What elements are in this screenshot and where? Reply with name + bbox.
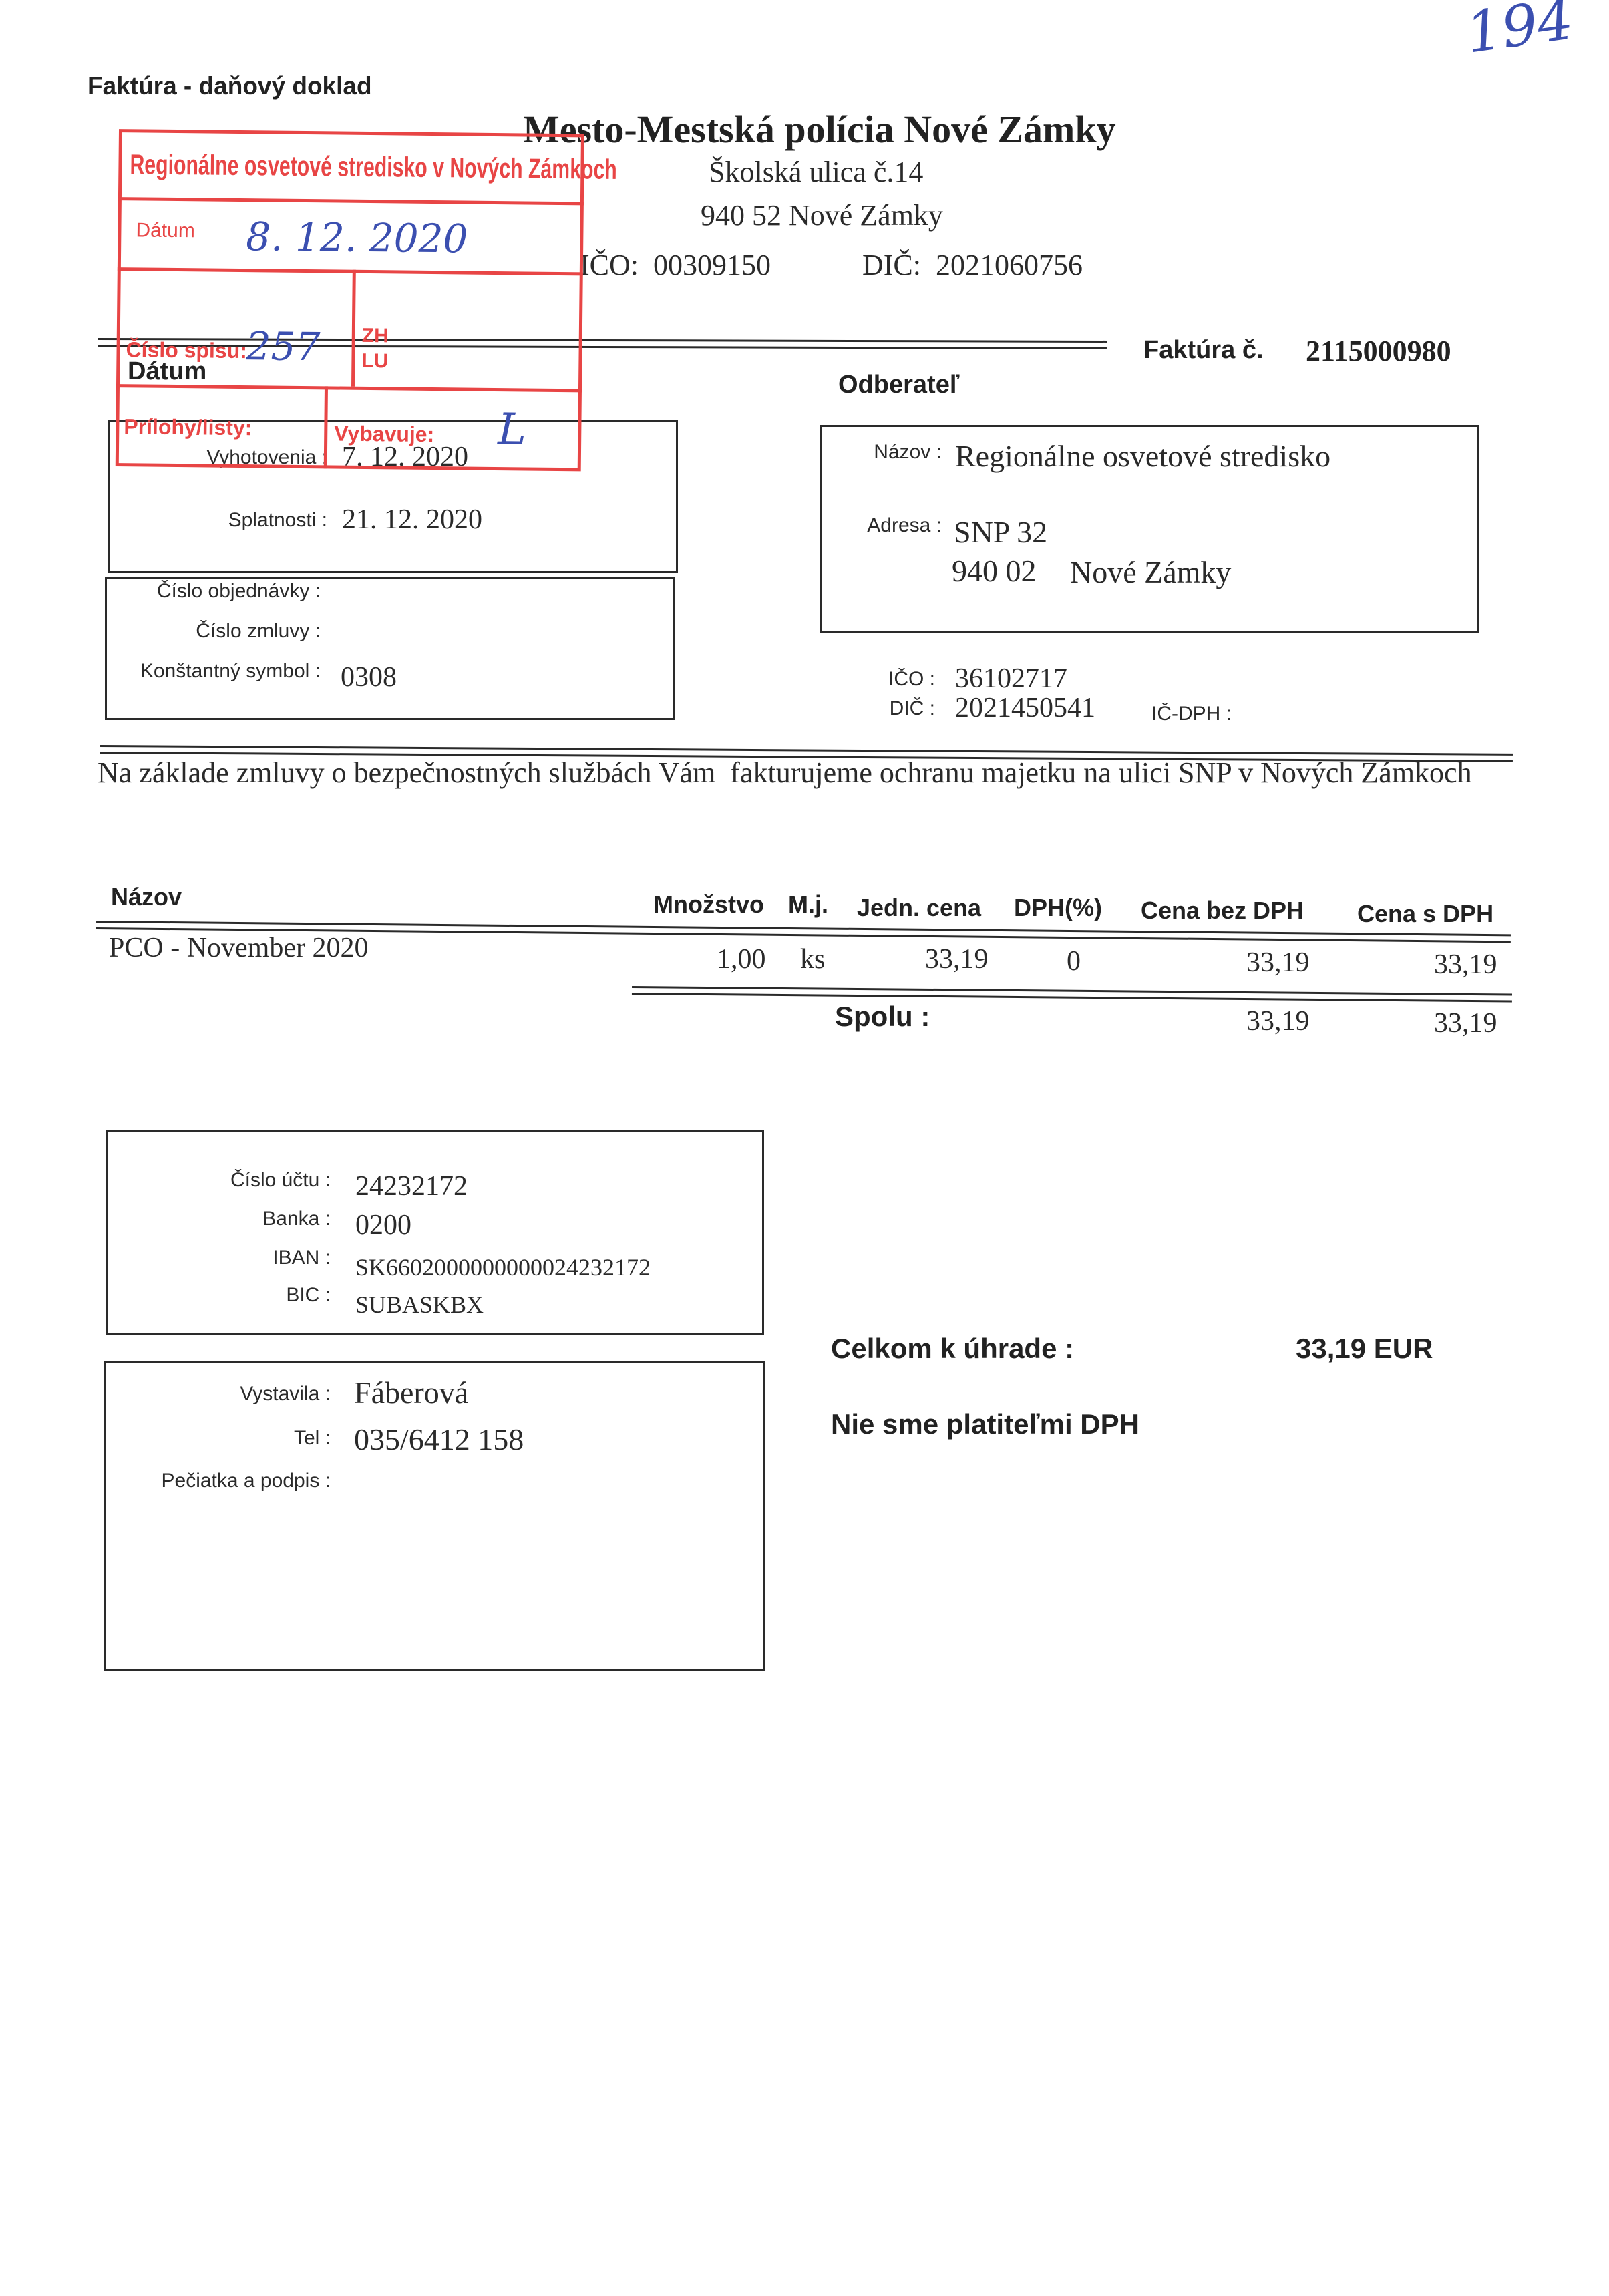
iban: SK6602000000000024232172 (355, 1253, 651, 1281)
customer-city: Nové Zámky (1070, 554, 1231, 590)
customer-dic: 2021450541 (955, 692, 1095, 724)
contract-number-label: Číslo zmluvy : (107, 620, 321, 643)
stamp-handled-label: Vybavuje: (334, 421, 434, 447)
supplier-street: Školská ulica č.14 (709, 155, 923, 189)
handwritten-page-number: 194 (1462, 0, 1577, 66)
col-header-net: Cena bez DPH (1141, 896, 1304, 925)
item-net: 33,19 (1246, 947, 1310, 979)
account-number: 24232172 (355, 1170, 468, 1202)
supplier-city: 940 52 Nové Zámky (701, 198, 943, 232)
bank-code: 0200 (355, 1209, 411, 1241)
col-header-name: Názov (111, 883, 182, 911)
customer-zip: 940 02 (952, 553, 1037, 589)
issued-by: Fáberová (354, 1375, 468, 1410)
issued-by-label: Vystavila : (134, 1383, 331, 1406)
customer-street: SNP 32 (954, 514, 1047, 550)
item-unit-price: 33,19 (925, 943, 989, 975)
stamp-file-handwritten: 257 (246, 323, 320, 369)
bic: SUBASKBX (355, 1291, 484, 1319)
total-net: 33,19 (1246, 1005, 1310, 1037)
stamp-date-handwritten: 8. 12. 2020 (246, 214, 468, 261)
account-number-label: Číslo účtu : (134, 1169, 331, 1192)
iban-label: IBAN : (134, 1247, 331, 1269)
constant-symbol: 0308 (341, 661, 397, 693)
stamp-attachments-label: Prílohy/listy: (124, 414, 252, 440)
col-header-unit-price: Jedn. cena (857, 894, 981, 922)
tel-label: Tel : (134, 1427, 331, 1450)
item-name: PCO - November 2020 (109, 932, 368, 964)
supplier-name: Mesto-Mestská polícia Nové Zámky (523, 107, 1116, 152)
total-due: 33,19 EUR (1296, 1333, 1433, 1365)
stamp-title: Regionálne osvetové stredisko v Nových Z… (130, 148, 617, 186)
due-date: 21. 12. 2020 (342, 504, 482, 536)
due-date-label: Splatnosti : (134, 509, 327, 532)
bic-label: BIC : (134, 1284, 331, 1307)
item-quantity: 1,00 (717, 943, 766, 975)
tel: 035/6412 158 (354, 1422, 524, 1457)
vat-note: Nie sme platiteľmi DPH (831, 1408, 1139, 1440)
customer-ico-label: IČO : (868, 668, 935, 691)
col-header-unit: M.j. (788, 890, 828, 919)
total-due-label: Celkom k úhrade : (831, 1333, 1074, 1365)
invoice-number-label: Faktúra č. (1143, 336, 1264, 365)
stamp-handled-handwritten: L (498, 405, 526, 454)
col-header-vat: DPH(%) (1014, 894, 1102, 922)
bank-code-label: Banka : (134, 1208, 331, 1231)
customer-heading: Odberateľ (838, 371, 959, 399)
stamp-code-lu: LU (361, 350, 388, 373)
document-type-title: Faktúra - daňový doklad (87, 72, 372, 100)
invoice-description: Na základe zmluvy o bezpečnostných služb… (98, 754, 1500, 792)
col-header-quantity: Množstvo (653, 890, 764, 919)
supplier-ico-value: 00309150 (653, 249, 771, 281)
supplier-ico-label: IČO: (580, 249, 639, 281)
customer-name-label: Názov : (835, 441, 942, 464)
supplier-dic: DIČ: 2021060756 (862, 248, 1083, 282)
constant-symbol-label: Konštantný symbol : (107, 660, 321, 683)
order-number-label: Číslo objednávky : (107, 580, 321, 603)
stamp-file-label: Číslo spisu: (126, 337, 247, 363)
customer-address-label: Adresa : (835, 514, 942, 537)
item-vat: 0 (1067, 945, 1081, 977)
supplier-dic-label: DIČ: (862, 249, 921, 281)
total-label: Spolu : (835, 1001, 930, 1033)
stamp-sign-label: Pečiatka a podpis : (100, 1470, 331, 1492)
supplier-dic-value: 2021060756 (936, 249, 1083, 281)
stamp-code-zh: ZH (362, 325, 389, 347)
table-total-divider (632, 986, 1512, 1003)
stamp-date-label: Dátum (136, 219, 195, 242)
total-gross: 33,19 (1434, 1007, 1497, 1039)
customer-ico: 36102717 (955, 663, 1067, 695)
col-header-gross: Cena s DPH (1357, 900, 1493, 928)
supplier-ico: IČO: 00309150 (580, 248, 771, 282)
customer-name: Regionálne osvetové stredisko (955, 438, 1330, 474)
item-unit: ks (800, 943, 825, 975)
item-gross: 33,19 (1434, 949, 1497, 981)
invoice-number: 2115000980 (1306, 334, 1451, 368)
customer-icdph-label: IČ-DPH : (1151, 703, 1232, 725)
customer-dic-label: DIČ : (868, 697, 935, 720)
